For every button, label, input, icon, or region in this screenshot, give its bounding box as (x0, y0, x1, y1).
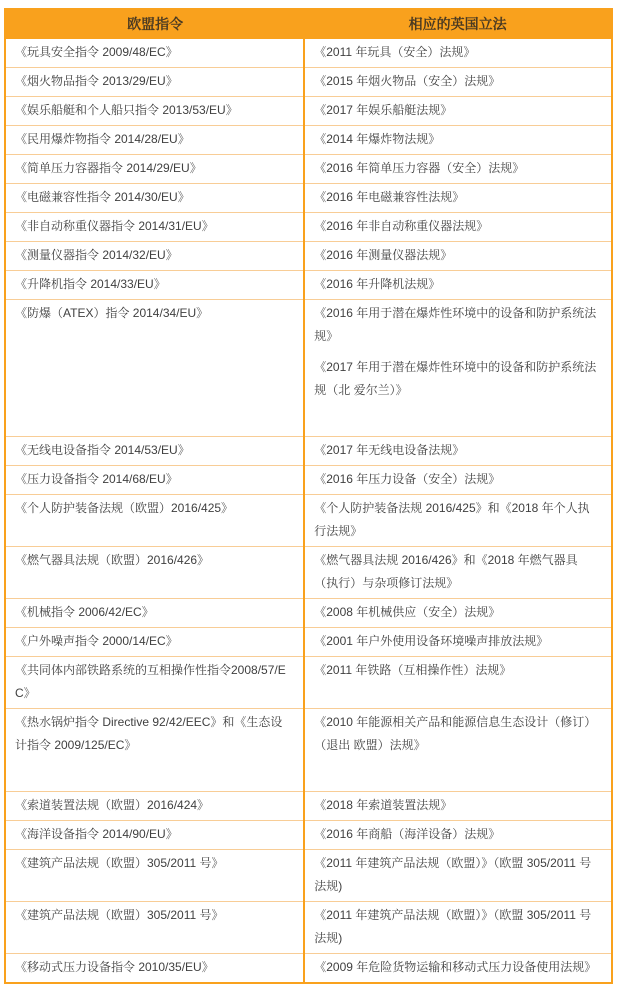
cell-text: 《户外噪声指令 2000/14/EC》 (15, 630, 293, 653)
cell-text: 《压力设备指令 2014/68/EU》 (15, 468, 293, 491)
eu-directive-cell: 《移动式压力设备指令 2010/35/EU》 (5, 954, 304, 984)
table-row: 《燃气器具法规（欧盟）2016/426》《燃气器具法规 2016/426》和《2… (5, 547, 612, 599)
cell-text: 《2016 年电磁兼容性法规》 (314, 186, 601, 209)
cell-text: 《2015 年烟火物品（安全）法规》 (314, 70, 601, 93)
cell-text: 《共同体内部铁路系统的互相操作性指令2008/57/EC》 (15, 659, 293, 705)
cell-text: 《2016 年商船（海洋设备）法规》 (314, 823, 601, 846)
eu-directive-cell: 《无线电设备指令 2014/53/EU》 (5, 437, 304, 466)
uk-legislation-cell: 《2016 年商船（海洋设备）法规》 (304, 821, 612, 850)
cell-text: 《2017 年无线电设备法规》 (314, 439, 601, 462)
uk-legislation-cell: 《2016 年压力设备（安全）法规》 (304, 466, 612, 495)
cell-text: 《2014 年爆炸物法规》 (314, 128, 601, 151)
uk-legislation-cell: 《2016 年电磁兼容性法规》 (304, 184, 612, 213)
table-row: 《玩具安全指令 2009/48/EC》《2011 年玩具（安全）法规》 (5, 39, 612, 68)
cell-text: 《海洋设备指令 2014/90/EU》 (15, 823, 293, 846)
table-row: 《升降机指令 2014/33/EU》《2016 年升降机法规》 (5, 271, 612, 300)
uk-legislation-cell: 《2017 年娱乐船艇法规》 (304, 97, 612, 126)
cell-text: 《2011 年铁路（互相操作性）法规》 (314, 659, 601, 682)
table-row: 《防爆（ATEX）指令 2014/34/EU》《2016 年用于潜在爆炸性环境中… (5, 300, 612, 437)
eu-directive-cell: 《非自动称重仪器指令 2014/31/EU》 (5, 213, 304, 242)
eu-directive-cell: 《索道装置法规（欧盟）2016/424》 (5, 792, 304, 821)
cell-text: 《2001 年户外使用设备环境噪声排放法规》 (314, 630, 601, 653)
table-row: 《非自动称重仪器指令 2014/31/EU》《2016 年非自动称重仪器法规》 (5, 213, 612, 242)
header-eu-directive: 欧盟指令 (5, 9, 304, 39)
document-page: 欧盟指令 相应的英国立法 《玩具安全指令 2009/48/EC》《2011 年玩… (0, 0, 617, 988)
cell-text: 《个人防护装备法规 2016/425》和《2018 年个人执行法规》 (314, 497, 601, 543)
table-row: 《烟火物品指令 2013/29/EU》《2015 年烟火物品（安全）法规》 (5, 68, 612, 97)
eu-directive-cell: 《共同体内部铁路系统的互相操作性指令2008/57/EC》 (5, 657, 304, 709)
table-row: 《热水锅炉指令 Directive 92/42/EEC》和《生态设计指令 200… (5, 709, 612, 792)
cell-text: 《电磁兼容性指令 2014/30/EU》 (15, 186, 293, 209)
eu-directive-cell: 《压力设备指令 2014/68/EU》 (5, 466, 304, 495)
cell-text: 《2016 年测量仪器法规》 (314, 244, 601, 267)
uk-legislation-cell: 《2011 年建筑产品法规（欧盟）》（欧盟 305/2011 号法规) (304, 902, 612, 954)
eu-directive-cell: 《热水锅炉指令 Directive 92/42/EEC》和《生态设计指令 200… (5, 709, 304, 792)
eu-directive-cell: 《海洋设备指令 2014/90/EU》 (5, 821, 304, 850)
header-uk-legislation: 相应的英国立法 (304, 9, 612, 39)
cell-text: 《个人防护装备法规（欧盟）2016/425》 (15, 497, 293, 520)
table-row: 《娱乐船艇和个人船只指令 2013/53/EU》《2017 年娱乐船艇法规》 (5, 97, 612, 126)
cell-text: 《2018 年索道装置法规》 (314, 794, 601, 817)
eu-directive-cell: 《升降机指令 2014/33/EU》 (5, 271, 304, 300)
table-row: 《海洋设备指令 2014/90/EU》《2016 年商船（海洋设备）法规》 (5, 821, 612, 850)
cell-text: 《非自动称重仪器指令 2014/31/EU》 (15, 215, 293, 238)
uk-legislation-cell: 《2009 年危险货物运输和移动式压力设备使用法规》 (304, 954, 612, 984)
cell-text: 《索道装置法规（欧盟）2016/424》 (15, 794, 293, 817)
cell-text: 《燃气器具法规 2016/426》和《2018 年燃气器具（执行）与杂项修订法规… (314, 549, 601, 595)
table-row: 《共同体内部铁路系统的互相操作性指令2008/57/EC》《2011 年铁路（互… (5, 657, 612, 709)
table-row: 《测量仪器指令 2014/32/EU》《2016 年测量仪器法规》 (5, 242, 612, 271)
eu-directive-cell: 《机械指令 2006/42/EC》 (5, 599, 304, 628)
eu-directive-cell: 《测量仪器指令 2014/32/EU》 (5, 242, 304, 271)
eu-directive-cell: 《建筑产品法规（欧盟）305/2011 号》 (5, 902, 304, 954)
uk-legislation-cell: 《2016 年非自动称重仪器法规》 (304, 213, 612, 242)
uk-legislation-cell: 《2008 年机械供应（安全）法规》 (304, 599, 612, 628)
legislation-table: 欧盟指令 相应的英国立法 《玩具安全指令 2009/48/EC》《2011 年玩… (4, 8, 613, 984)
cell-text: 《简单压力容器指令 2014/29/EU》 (15, 157, 293, 180)
cell-text: 《2009 年危险货物运输和移动式压力设备使用法规》 (314, 956, 601, 979)
table-row: 《建筑产品法规（欧盟）305/2011 号》《2011 年建筑产品法规（欧盟）》… (5, 850, 612, 902)
cell-text (314, 765, 601, 788)
cell-text: 《2016 年用于潜在爆炸性环境中的设备和防护系统法规》 (314, 302, 601, 348)
uk-legislation-cell: 《个人防护装备法规 2016/425》和《2018 年个人执行法规》 (304, 495, 612, 547)
uk-legislation-cell: 《2017 年无线电设备法规》 (304, 437, 612, 466)
cell-text: 《民用爆炸物指令 2014/28/EU》 (15, 128, 293, 151)
cell-text: 《热水锅炉指令 Directive 92/42/EEC》和《生态设计指令 200… (15, 711, 293, 757)
eu-directive-cell: 《民用爆炸物指令 2014/28/EU》 (5, 126, 304, 155)
uk-legislation-cell: 《2018 年索道装置法规》 (304, 792, 612, 821)
eu-directive-cell: 《简单压力容器指令 2014/29/EU》 (5, 155, 304, 184)
table-row: 《简单压力容器指令 2014/29/EU》《2016 年简单压力容器（安全）法规… (5, 155, 612, 184)
eu-directive-cell: 《玩具安全指令 2009/48/EC》 (5, 39, 304, 68)
cell-text: 《测量仪器指令 2014/32/EU》 (15, 244, 293, 267)
cell-text: 《2011 年建筑产品法规（欧盟）》（欧盟 305/2011 号法规) (314, 904, 601, 950)
table-body: 《玩具安全指令 2009/48/EC》《2011 年玩具（安全）法规》《烟火物品… (5, 39, 612, 984)
table-row: 《无线电设备指令 2014/53/EU》《2017 年无线电设备法规》 (5, 437, 612, 466)
uk-legislation-cell: 《2014 年爆炸物法规》 (304, 126, 612, 155)
cell-text: 《建筑产品法规（欧盟）305/2011 号》 (15, 904, 293, 927)
table-row: 《索道装置法规（欧盟）2016/424》《2018 年索道装置法规》 (5, 792, 612, 821)
eu-directive-cell: 《防爆（ATEX）指令 2014/34/EU》 (5, 300, 304, 437)
cell-text: 《2010 年能源相关产品和能源信息生态设计（修订）（退出 欧盟）法规》 (314, 711, 601, 757)
uk-legislation-cell: 《2011 年玩具（安全）法规》 (304, 39, 612, 68)
uk-legislation-cell: 《2001 年户外使用设备环境噪声排放法规》 (304, 628, 612, 657)
cell-text: 《2011 年建筑产品法规（欧盟）》（欧盟 305/2011 号法规) (314, 852, 601, 898)
cell-text: 《建筑产品法规（欧盟）305/2011 号》 (15, 852, 293, 875)
cell-text: 《2017 年用于潜在爆炸性环境中的设备和防护系统法规（北 爱尔兰）》 (314, 356, 601, 402)
uk-legislation-cell: 《2016 年用于潜在爆炸性环境中的设备和防护系统法规》《2017 年用于潜在爆… (304, 300, 612, 437)
table-row: 《压力设备指令 2014/68/EU》《2016 年压力设备（安全）法规》 (5, 466, 612, 495)
cell-text: 《2011 年玩具（安全）法规》 (314, 41, 601, 64)
eu-directive-cell: 《烟火物品指令 2013/29/EU》 (5, 68, 304, 97)
uk-legislation-cell: 《2010 年能源相关产品和能源信息生态设计（修订）（退出 欧盟）法规》 (304, 709, 612, 792)
cell-text: 《防爆（ATEX）指令 2014/34/EU》 (15, 302, 293, 325)
cell-text: 《无线电设备指令 2014/53/EU》 (15, 439, 293, 462)
uk-legislation-cell: 《2015 年烟火物品（安全）法规》 (304, 68, 612, 97)
cell-text: 《娱乐船艇和个人船只指令 2013/53/EU》 (15, 99, 293, 122)
uk-legislation-cell: 《燃气器具法规 2016/426》和《2018 年燃气器具（执行）与杂项修订法规… (304, 547, 612, 599)
table-row: 《机械指令 2006/42/EC》《2008 年机械供应（安全）法规》 (5, 599, 612, 628)
uk-legislation-cell: 《2016 年简单压力容器（安全）法规》 (304, 155, 612, 184)
table-row: 《建筑产品法规（欧盟）305/2011 号》《2011 年建筑产品法规（欧盟）》… (5, 902, 612, 954)
cell-text: 《2016 年升降机法规》 (314, 273, 601, 296)
cell-text (314, 410, 601, 433)
cell-text: 《移动式压力设备指令 2010/35/EU》 (15, 956, 293, 979)
cell-text: 《2016 年压力设备（安全）法规》 (314, 468, 601, 491)
cell-text: 《燃气器具法规（欧盟）2016/426》 (15, 549, 293, 572)
table-row: 《电磁兼容性指令 2014/30/EU》《2016 年电磁兼容性法规》 (5, 184, 612, 213)
header-row: 欧盟指令 相应的英国立法 (5, 9, 612, 39)
table-header: 欧盟指令 相应的英国立法 (5, 9, 612, 39)
cell-text: 《2017 年娱乐船艇法规》 (314, 99, 601, 122)
eu-directive-cell: 《娱乐船艇和个人船只指令 2013/53/EU》 (5, 97, 304, 126)
cell-text: 《2008 年机械供应（安全）法规》 (314, 601, 601, 624)
cell-text: 《升降机指令 2014/33/EU》 (15, 273, 293, 296)
eu-directive-cell: 《电磁兼容性指令 2014/30/EU》 (5, 184, 304, 213)
eu-directive-cell: 《户外噪声指令 2000/14/EC》 (5, 628, 304, 657)
cell-text: 《烟火物品指令 2013/29/EU》 (15, 70, 293, 93)
uk-legislation-cell: 《2011 年建筑产品法规（欧盟）》（欧盟 305/2011 号法规) (304, 850, 612, 902)
eu-directive-cell: 《燃气器具法规（欧盟）2016/426》 (5, 547, 304, 599)
uk-legislation-cell: 《2016 年升降机法规》 (304, 271, 612, 300)
table-row: 《民用爆炸物指令 2014/28/EU》《2014 年爆炸物法规》 (5, 126, 612, 155)
cell-text: 《2016 年简单压力容器（安全）法规》 (314, 157, 601, 180)
cell-text: 《机械指令 2006/42/EC》 (15, 601, 293, 624)
table-row: 《户外噪声指令 2000/14/EC》《2001 年户外使用设备环境噪声排放法规… (5, 628, 612, 657)
table-row: 《移动式压力设备指令 2010/35/EU》《2009 年危险货物运输和移动式压… (5, 954, 612, 984)
uk-legislation-cell: 《2011 年铁路（互相操作性）法规》 (304, 657, 612, 709)
eu-directive-cell: 《建筑产品法规（欧盟）305/2011 号》 (5, 850, 304, 902)
uk-legislation-cell: 《2016 年测量仪器法规》 (304, 242, 612, 271)
eu-directive-cell: 《个人防护装备法规（欧盟）2016/425》 (5, 495, 304, 547)
cell-text: 《2016 年非自动称重仪器法规》 (314, 215, 601, 238)
cell-text: 《玩具安全指令 2009/48/EC》 (15, 41, 293, 64)
table-row: 《个人防护装备法规（欧盟）2016/425》《个人防护装备法规 2016/425… (5, 495, 612, 547)
